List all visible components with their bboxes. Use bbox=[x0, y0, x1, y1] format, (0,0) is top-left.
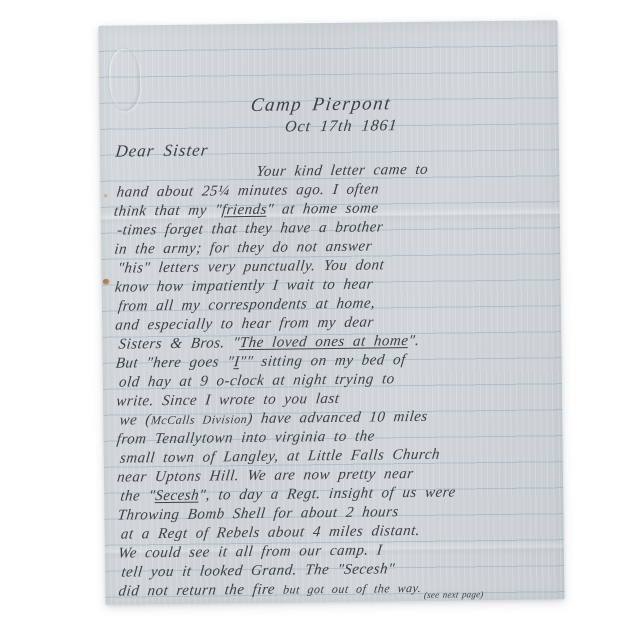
letter-text-segment: "his" letters very punctually. You dont bbox=[117, 257, 385, 276]
letter-text-segment: -times forget that they have a brother bbox=[116, 219, 384, 238]
letter-text-segment: ) have advanced 10 miles bbox=[246, 409, 428, 427]
foxing-spot bbox=[103, 279, 110, 285]
letter-text-segment: Throwing Bomb Shell for about 2 hours bbox=[117, 504, 400, 523]
foxing-spot bbox=[104, 194, 108, 198]
letter-text-segment: but got out of the way. bbox=[282, 581, 422, 597]
letter-text-segment: did not return the fire bbox=[118, 582, 284, 600]
letter-text-segment: (see next page) bbox=[420, 589, 484, 600]
letter-text-segment: near Uptons Hill. We are now pretty near bbox=[116, 466, 414, 486]
letter-text-segment: old hay at 9 o-clock at night trying to bbox=[118, 371, 395, 390]
letter-text-segment: Your kind letter came to bbox=[256, 162, 429, 180]
letter-text-segment: "" sitting on my bed of bbox=[239, 352, 407, 370]
letter-text-segment: from Tenallytown into virginia to the bbox=[116, 428, 376, 447]
letter-text-segment: think that my " bbox=[113, 202, 223, 219]
letter-text-segment: McCalls Division bbox=[150, 412, 248, 427]
letter-text-segment: we ( bbox=[119, 412, 152, 428]
letter-text-segment: Secesh bbox=[154, 488, 200, 505]
letter-line: did not return the fire but got out of t… bbox=[118, 577, 565, 601]
letter-text-segment: We could see it all from our camp. I bbox=[117, 542, 383, 561]
letter-text-segment: in the army; for they do not answer bbox=[114, 238, 373, 257]
letter-page: Camp Pierpont Oct 17th 1861 Dear Sister … bbox=[98, 20, 564, 605]
letter-content: Camp Pierpont Oct 17th 1861 Dear Sister … bbox=[111, 90, 562, 601]
letter-text-segment: and especially to hear from my dear bbox=[114, 314, 374, 333]
letter-text-segment: ". bbox=[408, 333, 421, 349]
letter-text-segment: tell you it looked Grand. The "Secesh" bbox=[121, 561, 396, 580]
letter-text-segment: The loved ones at home bbox=[239, 333, 409, 351]
letter-text-segment: write. Since I wrote to you last bbox=[115, 391, 340, 410]
letter-text-segment: But "here goes " bbox=[115, 354, 235, 371]
letter-text-segment: ", to day a Regt. insight of us were bbox=[198, 484, 456, 503]
letter-text-segment: " at home some bbox=[266, 200, 379, 217]
letter-text-segment: at a Regt of Rebels about 4 miles distan… bbox=[120, 523, 421, 543]
letter-text-segment: from all my correspondents at home, bbox=[117, 295, 376, 314]
photo-background: Camp Pierpont Oct 17th 1861 Dear Sister … bbox=[0, 0, 635, 635]
letter-text-segment: know how impatiently I wait to hear bbox=[114, 276, 374, 295]
letter-text-segment: the " bbox=[120, 488, 157, 504]
letter-text-segment: Sisters & Bros. " bbox=[118, 335, 241, 353]
letter-body-lines: Your kind letter came tohand about 25¼ m… bbox=[112, 159, 562, 601]
letter-text-segment: small town of Langley, at Little Falls C… bbox=[119, 447, 441, 467]
letter-text-segment: friends bbox=[221, 202, 268, 219]
letter-text-segment: hand about 25¼ minutes ago. I often bbox=[116, 181, 380, 200]
